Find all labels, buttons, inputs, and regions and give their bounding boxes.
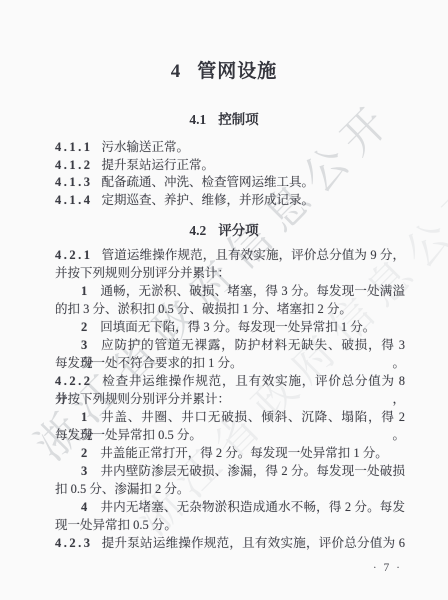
clause-text: 并按下列规则分别评分并累计：: [55, 266, 230, 280]
section-41-body: 4.1.1污水输送正常。 4.1.2提升泵站运行正常。 4.1.3配备疏通、冲洗…: [55, 139, 405, 209]
section-42-label: 评分项: [218, 223, 259, 238]
section-41-number: 4.1: [189, 112, 206, 127]
clause-4-2-2-item-3-cont: 扣 0.5 分、渗漏扣 2 分。: [55, 480, 405, 498]
clause-4-1-2: 4.1.2提升泵站运行正常。: [55, 157, 405, 175]
clause-4-1-3: 4.1.3配备疏通、冲洗、检查管网运维工具。: [55, 174, 405, 192]
clause-text: 污水输送正常。: [102, 140, 190, 154]
section-42-body: 4.2.1管道运维操作规范，且有效实施，评价总分值为 9 分， 并按下列规则分别…: [55, 246, 405, 552]
clause-4-2-2: 4.2.2检查井运维操作规范，且有效实施，评价总分值为 8 分，: [55, 372, 405, 390]
clause-number: 4.2.2: [55, 374, 93, 388]
clause-4-2-2-item-2: 2井盖能正常打开，得 2 分。每发现一处异常扣 1 分。: [55, 444, 405, 462]
clause-4-2-1-item-3: 3应防护的管道无裸露，防护材料无缺失、破损，得 3 分。: [55, 336, 405, 354]
item-number: 3: [81, 338, 87, 352]
clause-4-2-2-item-4: 4井内无堵塞、无杂物淤积造成通水不畅，得 2 分。每发: [55, 498, 405, 516]
section-41-label: 控制项: [218, 112, 259, 127]
item-text: 的扣 3 分、淤积扣 0.5 分、破损扣 1 分、堵塞扣 2 分。: [55, 302, 352, 316]
item-text: 现一处异常扣 0.5 分。: [55, 518, 177, 532]
clause-number: 4.1.4: [55, 193, 93, 207]
clause-4-1-1: 4.1.1污水输送正常。: [55, 139, 405, 157]
clause-text: 管道运维操作规范，且有效实施，评价总分值为 9 分，: [102, 248, 406, 262]
item-number: 2: [81, 320, 87, 334]
clause-4-2-2-item-3: 3井内壁防渗层无破损、渗漏，得 2 分。每发现一处破损: [55, 462, 405, 480]
item-number: 1: [81, 410, 87, 424]
clause-text: 提升泵站运维操作规范，且有效实施，评价总分值为 6: [102, 536, 406, 550]
clause-text: 提升泵站运行正常。: [102, 158, 215, 172]
section-42-heading: 4.2评分项: [0, 219, 448, 239]
clause-number: 4.1.2: [55, 158, 93, 172]
clause-4-2-1-item-1-cont: 的扣 3 分、淤积扣 0.5 分、破损扣 1 分、堵塞扣 2 分。: [55, 300, 405, 318]
clause-4-2-1-item-1: 1通畅，无淤积、破损、堵塞，得 3 分。每发现一处满溢: [55, 282, 405, 300]
clause-4-2-1-cont: 并按下列规则分别评分并累计：: [55, 264, 405, 282]
item-text: 回填面无下陷，得 3 分。每发现一处异常扣 1 分。: [100, 320, 375, 334]
chapter-number: 4: [171, 61, 182, 82]
document-page: 浙江省政府信息公开 浙江省政府信息公开 4管网设施 4.1控制项 4.1.1污水…: [0, 0, 448, 600]
clause-4-2-3: 4.2.3提升泵站运维操作规范，且有效实施，评价总分值为 6: [55, 534, 405, 552]
item-number: 2: [81, 446, 87, 460]
item-text: 井盖能正常打开，得 2 分。每发现一处异常扣 1 分。: [100, 446, 388, 460]
clause-text: 并按下列规则分别评分并累计：: [55, 392, 230, 406]
clause-text: 定期巡查、养护、维修，并形成记录。: [102, 193, 315, 207]
item-text: 井内壁防渗层无破损、渗漏，得 2 分。每发现一处破损: [100, 464, 405, 478]
item-text: 每发现一处异常扣 0.5 分。: [55, 428, 202, 442]
clause-4-1-4: 4.1.4定期巡查、养护、维修，并形成记录。: [55, 192, 405, 210]
item-text: 扣 0.5 分、渗漏扣 2 分。: [55, 482, 189, 496]
item-text: 每发现一处不符合要求的扣 1 分。: [55, 356, 243, 370]
page-number: · 7 ·: [373, 562, 402, 574]
item-number: 1: [81, 284, 87, 298]
clause-number: 4.1.1: [55, 140, 93, 154]
clause-text: 配备疏通、冲洗、检查管网运维工具。: [102, 175, 315, 189]
clause-number: 4.1.3: [55, 175, 93, 189]
clause-number: 4.2.3: [55, 536, 93, 550]
item-number: 4: [81, 500, 87, 514]
chapter-title: 管网设施: [197, 61, 277, 82]
item-text: 通畅，无淤积、破损、堵塞，得 3 分。每发现一处满溢: [100, 284, 405, 298]
clause-4-2-1-item-2: 2回填面无下陷，得 3 分。每发现一处异常扣 1 分。: [55, 318, 405, 336]
item-text: 井内无堵塞、无杂物淤积造成通水不畅，得 2 分。每发: [100, 500, 405, 514]
clause-4-2-1: 4.2.1管道运维操作规范，且有效实施，评价总分值为 9 分，: [55, 246, 405, 264]
clause-4-2-2-item-1: 1井盖、井圈、井口无破损、倾斜、沉降、塌陷，得 2 分。: [55, 408, 405, 426]
clause-4-2-2-item-4-cont: 现一处异常扣 0.5 分。: [55, 516, 405, 534]
item-number: 3: [81, 464, 87, 478]
chapter-heading: 4管网设施: [0, 56, 448, 83]
section-41-heading: 4.1控制项: [0, 108, 448, 128]
section-42-number: 4.2: [189, 223, 206, 238]
clause-number: 4.2.1: [55, 248, 93, 262]
